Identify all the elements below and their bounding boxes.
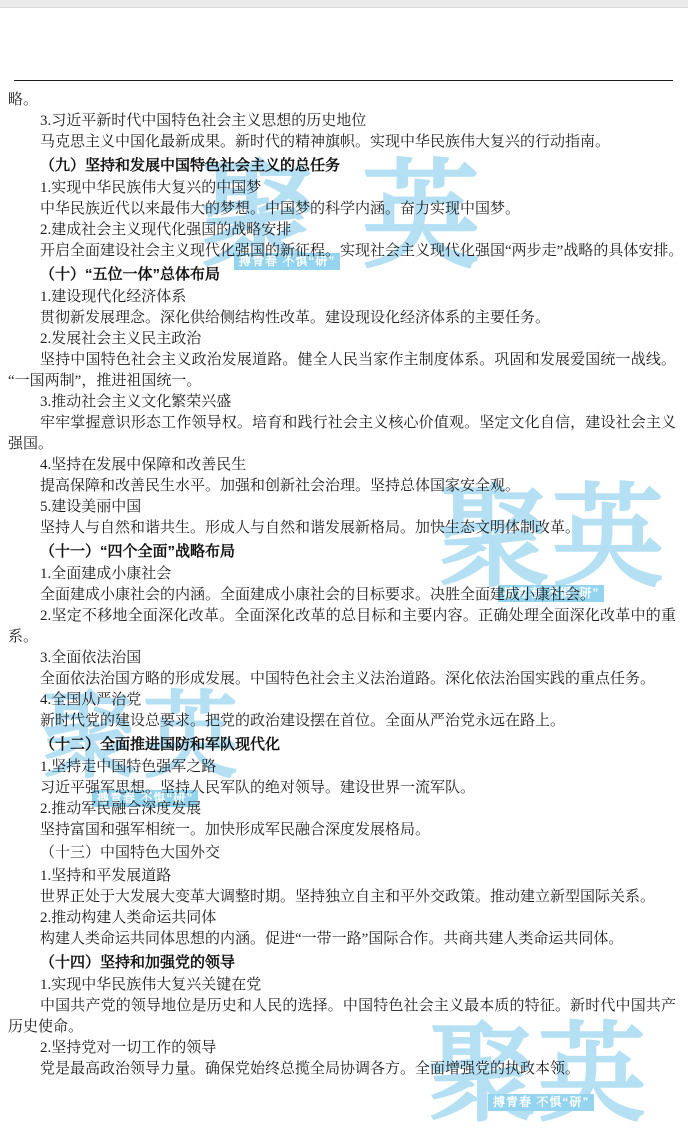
doc-line: 中国共产党的领导地位是历史和人民的选择。中国特色社会主义最本质的特征。新时代中国… <box>8 996 676 1017</box>
doc-line: 构建人类命运共同体思想的内涵。促进“一带一路”国际合作。共商共建人类命运共同体。 <box>8 929 676 950</box>
doc-line: 略。 <box>8 90 676 111</box>
doc-line: 系。 <box>8 627 676 648</box>
doc-line: 马克思主义中国化最新成果。新时代的精神旗帜。实现中华民族伟大复兴的行动指南。 <box>8 132 676 153</box>
doc-line: 2.推动构建人类命运共同体 <box>8 908 676 929</box>
doc-line: 坚持富国和强军相统一。加快形成军民融合深度发展格局。 <box>8 820 676 841</box>
doc-line: 1.实现中华民族伟大复兴关键在党 <box>8 975 676 996</box>
juying-tagline-chip: 搏青春 不惧“研” <box>488 1094 594 1111</box>
doc-line: 2.坚定不移地全面深化改革。全面深化改革的总目标和主要内容。正确处理全面深化改革… <box>8 606 676 627</box>
doc-line: 世界正处于大发展大变革大调整时期。坚持独立自主和平外交政策。推动建立新型国际关系… <box>8 887 676 908</box>
section-heading: （十三）中国特色大国外交 <box>8 843 676 864</box>
doc-line: 3.全面依法治国 <box>8 648 676 669</box>
doc-line: 2.发展社会主义民主政治 <box>8 329 676 350</box>
doc-line: 3.习近平新时代中国特色社会主义思想的历史地位 <box>8 111 676 132</box>
doc-line: 3.推动社会主义文化繁荣兴盛 <box>8 392 676 413</box>
doc-line: 2.坚持党对一切工作的领导 <box>8 1038 676 1059</box>
doc-line: 1.全面建成小康社会 <box>8 564 676 585</box>
doc-line: 4.坚持在发展中保障和改善民生 <box>8 455 676 476</box>
section-heading: （十一）“四个全面”战略布局 <box>8 541 676 562</box>
doc-line: 2.推动军民融合深度发展 <box>8 799 676 820</box>
doc-line: 新时代党的建设总要求。把党的政治建设摆在首位。全面从严治党永远在路上。 <box>8 711 676 732</box>
document-page: { "page": { "top_strip_color": "#eaeaea"… <box>0 0 688 1145</box>
doc-line: 牢牢掌握意识形态工作领导权。培育和践行社会主义核心价值观。坚定文化自信，建设社会… <box>8 413 676 434</box>
doc-line: 5.建设美丽中国 <box>8 497 676 518</box>
doc-line: 党是最高政治领导力量。确保党始终总揽全局协调各方。全面增强党的执政本领。 <box>8 1059 676 1080</box>
doc-line: 1.实现中华民族伟大复兴的中国梦 <box>8 178 676 199</box>
doc-line: 1.坚持和平发展道路 <box>8 866 676 887</box>
doc-line: 4.全国从严治党 <box>8 690 676 711</box>
page-break-rule <box>14 80 673 81</box>
section-heading: （十二）全面推进国防和军队现代化 <box>8 734 676 755</box>
doc-line: 贯彻新发展理念。深化供给侧结构性改革。建设现设化经济体系的主要任务。 <box>8 308 676 329</box>
document-body: 略。3.习近平新时代中国特色社会主义思想的历史地位马克思主义中国化最新成果。新时… <box>8 90 676 1080</box>
doc-line: 1.建设现代化经济体系 <box>8 287 676 308</box>
doc-line: 历史使命。 <box>8 1017 676 1038</box>
doc-line: “一国两制”，推进祖国统一。 <box>8 371 676 392</box>
doc-line: 提高保障和改善民生水平。加强和创新社会治理。坚持总体国家安全观。 <box>8 476 676 497</box>
doc-line: 1.坚持走中国特色强军之路 <box>8 757 676 778</box>
doc-line: 全面依法治国方略的形成发展。中国特色社会主义法治道路。深化依法治国实践的重点任务… <box>8 669 676 690</box>
doc-line: 强国。 <box>8 434 676 455</box>
doc-line: 开启全面建设社会主义现代化强国的新征程。实现社会主义现代化强国“两步走”战略的具… <box>8 241 676 262</box>
doc-line: 习近平强军思想。坚持人民军队的绝对领导。建设世界一流军队。 <box>8 778 676 799</box>
section-heading: （十）“五位一体”总体布局 <box>8 264 676 285</box>
doc-line: 中华民族近代以来最伟大的梦想。中国梦的科学内涵。奋力实现中国梦。 <box>8 199 676 220</box>
doc-line: 全面建成小康社会的内涵。全面建成小康社会的目标要求。决胜全面建成小康社会。 <box>8 585 676 606</box>
doc-line: 2.建成社会主义现代化强国的战略安排 <box>8 220 676 241</box>
section-heading: （十四）坚持和加强党的领导 <box>8 952 676 973</box>
doc-line: 坚持中国特色社会主义政治发展道路。健全人民当家作主制度体系。巩固和发展爱国统一战… <box>8 350 676 371</box>
top-edge-strip <box>0 0 688 8</box>
section-heading: （九）坚持和发展中国特色社会主义的总任务 <box>8 155 676 176</box>
doc-line: 坚持人与自然和谐共生。形成人与自然和谐发展新格局。加快生态文明体制改革。 <box>8 518 676 539</box>
